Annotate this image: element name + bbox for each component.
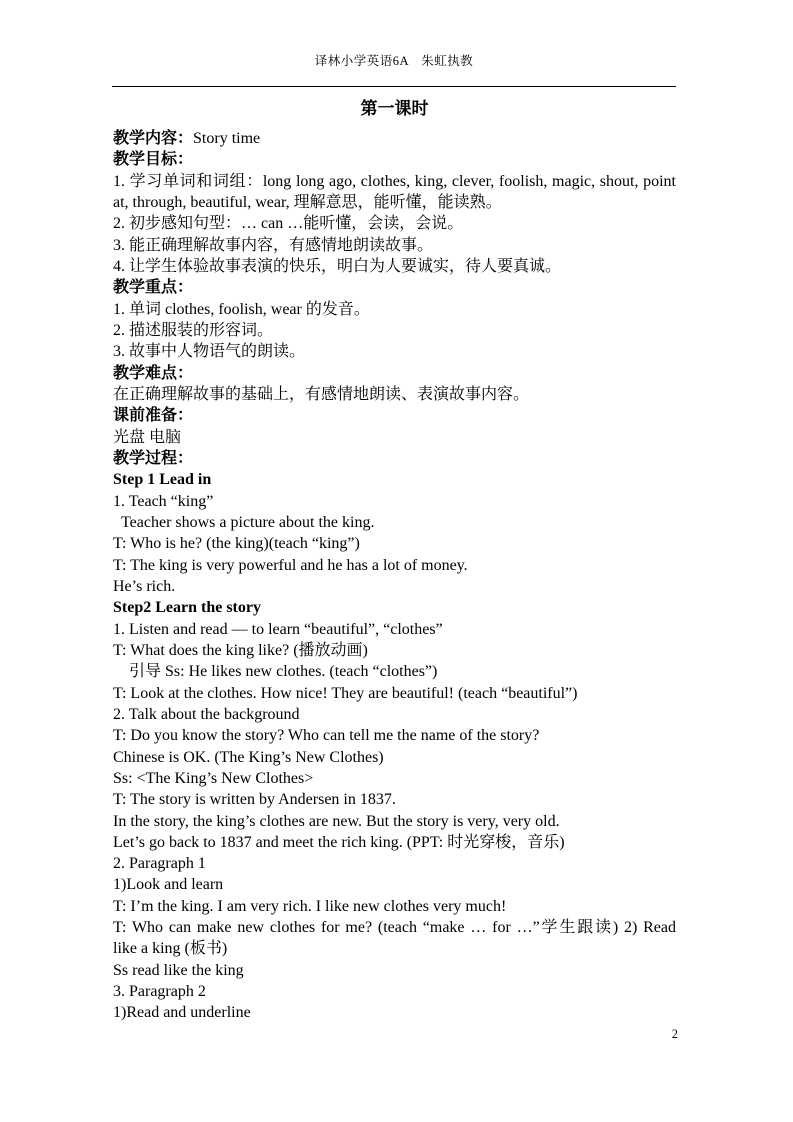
text-run: 2. 描述服装的形容词。 <box>113 322 273 339</box>
text-run: T: The story is written by Andersen in 1… <box>113 791 396 808</box>
document-line: T: Who can make new clothes for me? (tea… <box>113 917 676 938</box>
document-line: 1)Read and underline <box>113 1002 676 1023</box>
document-line: Let’s go back to 1837 and meet the rich … <box>113 832 676 853</box>
document-line: 1. 单词 clothes, foolish, wear 的发音。 <box>113 299 676 320</box>
text-run: 在正确理解故事的基础上，有感情地朗读、表演故事内容。 <box>113 386 529 403</box>
document-line: 光盘 电脑 <box>113 427 676 448</box>
text-run: 教学内容： <box>113 130 193 147</box>
document-line: 教学内容：Story time <box>113 128 676 149</box>
document-page: 译林小学英语6A 朱虹执教 第一课时 教学内容：Story time教学目标：1… <box>0 0 793 1122</box>
document-line: T: Who is he? (the king)(teach “king”) <box>113 533 676 554</box>
text-run: 3. 能正确理解故事内容，有感情地朗读故事。 <box>113 237 433 254</box>
document-line: T: Look at the clothes. How nice! They a… <box>113 683 676 704</box>
text-run: Chinese is OK. (The King’s New Clothes) <box>113 749 384 766</box>
document-line: T: The king is very powerful and he has … <box>113 555 676 576</box>
running-header: 译林小学英语6A 朱虹执教 <box>112 53 676 69</box>
document-line: 1. 学习单词和词组：long long ago, clothes, king,… <box>113 171 676 192</box>
text-run: 3. Paragraph 2 <box>113 983 206 1000</box>
document-line: 2. Talk about the background <box>113 704 676 725</box>
text-run: T: I’m the king. I am very rich. I like … <box>113 898 506 915</box>
text-run: 3. 故事中人物语气的朗读。 <box>113 343 305 360</box>
document-line: T: Do you know the story? Who can tell m… <box>113 725 676 746</box>
document-line: at, through, beautiful, wear, 理解意思，能听懂，能… <box>113 192 676 213</box>
document-line: T: What does the king like? (播放动画) <box>113 640 676 661</box>
page-title: 第一课时 <box>113 96 676 128</box>
document-line: 教学重点： <box>113 277 676 298</box>
document-line: 4. 让学生体验故事表演的快乐，明白为人要诚实，待人要真诚。 <box>113 256 676 277</box>
text-run: 教学目标： <box>113 151 193 168</box>
text-run: 光盘 电脑 <box>113 429 181 446</box>
header-rule <box>112 86 676 87</box>
text-run: 1. 学习单词和词组：long long ago, clothes, king,… <box>113 173 676 190</box>
text-run: T: Who can make new clothes for me? (tea… <box>113 919 676 936</box>
document-line: Step2 Learn the story <box>113 597 676 618</box>
text-run: Teacher shows a picture about the king. <box>121 514 374 531</box>
document-line: 教学过程： <box>113 448 676 469</box>
text-run: like a king (板书) <box>113 940 227 957</box>
document-line: 1)Look and learn <box>113 874 676 895</box>
text-run: T: Who is he? (the king)(teach “king”) <box>113 535 360 552</box>
text-run: Story time <box>193 130 260 147</box>
text-run: 教学过程： <box>113 450 193 467</box>
text-run: 2. 初步感知句型：… can …能听懂，会读，会说。 <box>113 215 463 232</box>
document-line: 3. Paragraph 2 <box>113 981 676 1002</box>
document-line: like a king (板书) <box>113 938 676 959</box>
text-run: 1)Look and learn <box>113 876 223 893</box>
text-run: 课前准备： <box>113 407 193 424</box>
document-line: 教学目标： <box>113 149 676 170</box>
text-run: T: Do you know the story? Who can tell m… <box>113 727 539 744</box>
page-number: 2 <box>112 1026 678 1042</box>
document-line: 3. 故事中人物语气的朗读。 <box>113 341 676 362</box>
document-line: 1. Listen and read — to learn “beautiful… <box>113 619 676 640</box>
text-run: 4. 让学生体验故事表演的快乐，明白为人要诚实，待人要真诚。 <box>113 258 561 275</box>
text-run: Ss read like the king <box>113 962 244 979</box>
text-run: T: What does the king like? (播放动画) <box>113 642 368 659</box>
text-run: He’s rich. <box>113 578 175 595</box>
document-line: In the story, the king’s clothes are new… <box>113 811 676 832</box>
text-run: Step2 Learn the story <box>113 599 261 616</box>
document-line: 3. 能正确理解故事内容，有感情地朗读故事。 <box>113 235 676 256</box>
document-line: 引导 Ss: He likes new clothes. (teach “clo… <box>113 661 676 682</box>
document-line: 在正确理解故事的基础上，有感情地朗读、表演故事内容。 <box>113 384 676 405</box>
text-run: T: The king is very powerful and he has … <box>113 557 468 574</box>
document-line: 2. Paragraph 1 <box>113 853 676 874</box>
text-run: Ss: <The King’s New Clothes> <box>113 770 313 787</box>
document-line: 2. 初步感知句型：… can …能听懂，会读，会说。 <box>113 213 676 234</box>
document-line: T: I’m the king. I am very rich. I like … <box>113 896 676 917</box>
document-line: T: The story is written by Andersen in 1… <box>113 789 676 810</box>
text-run: 引导 Ss: He likes new clothes. (teach “clo… <box>129 663 437 680</box>
document-line: 课前准备： <box>113 405 676 426</box>
text-run: 教学重点： <box>113 279 193 296</box>
document-line: Step 1 Lead in <box>113 469 676 490</box>
text-run: T: Look at the clothes. How nice! They a… <box>113 685 577 702</box>
document-line: 1. Teach “king” <box>113 491 676 512</box>
text-run: Step 1 Lead in <box>113 471 211 488</box>
document-line: 2. 描述服装的形容词。 <box>113 320 676 341</box>
text-run: 2. Talk about the background <box>113 706 300 723</box>
text-run: 1)Read and underline <box>113 1004 251 1021</box>
document-line: He’s rich. <box>113 576 676 597</box>
text-run: In the story, the king’s clothes are new… <box>113 813 560 830</box>
document-line: Chinese is OK. (The King’s New Clothes) <box>113 747 676 768</box>
text-run: Let’s go back to 1837 and meet the rich … <box>113 834 565 851</box>
text-run: 2. Paragraph 1 <box>113 855 206 872</box>
text-run: 1. Listen and read — to learn “beautiful… <box>113 621 443 638</box>
document-body: 第一课时 教学内容：Story time教学目标：1. 学习单词和词组：long… <box>113 96 676 1024</box>
document-line: 教学难点： <box>113 363 676 384</box>
text-run: at, through, beautiful, wear, 理解意思，能听懂，能… <box>113 194 502 211</box>
document-line: Teacher shows a picture about the king. <box>113 512 676 533</box>
text-run: 教学难点： <box>113 365 193 382</box>
text-run: 1. Teach “king” <box>113 493 213 510</box>
document-line: Ss read like the king <box>113 960 676 981</box>
text-run: 1. 单词 clothes, foolish, wear 的发音。 <box>113 301 370 318</box>
document-line: Ss: <The King’s New Clothes> <box>113 768 676 789</box>
